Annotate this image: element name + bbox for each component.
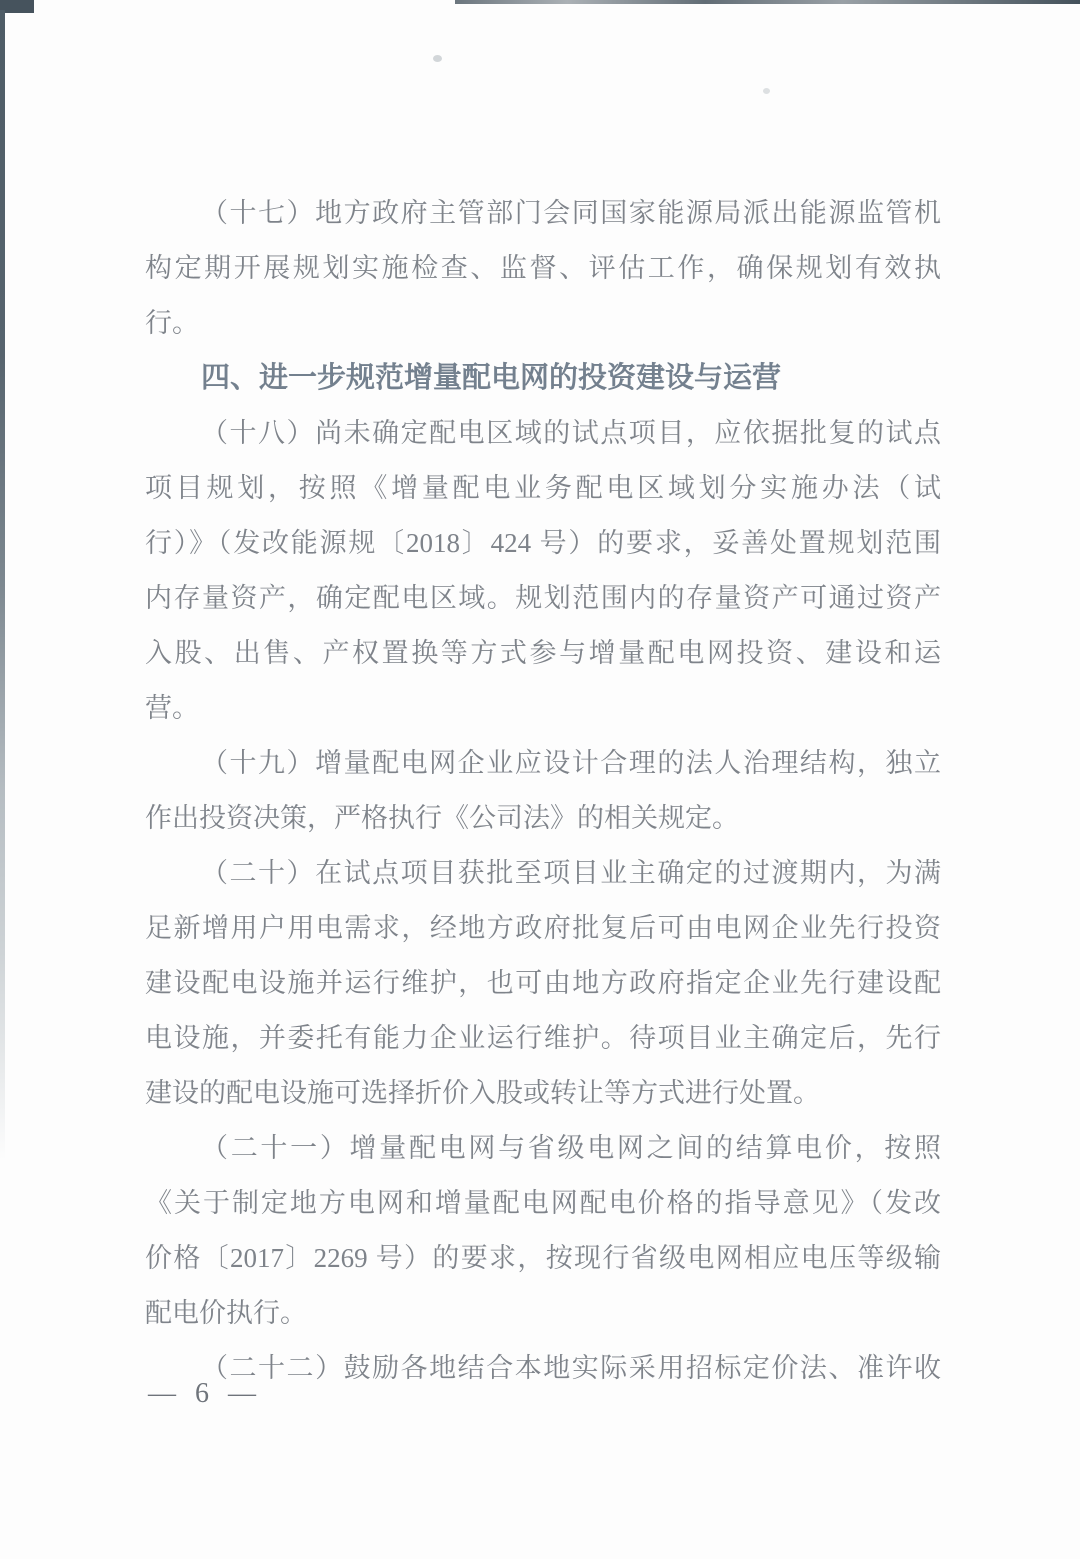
text-line: 建设配电设施并运行维护，也可由地方政府指定企业先行建设配	[145, 956, 941, 1011]
text-line: 建设的配电设施可选择折价入股或转让等方式进行处置。	[145, 1066, 941, 1121]
text-line: 项目规划，按照《增量配电业务配电区域划分实施办法（试	[145, 461, 941, 516]
text-line: 构定期开展规划实施检查、监督、评估工作，确保规划有效执	[145, 241, 941, 296]
text-line: （二十一）增量配电网与省级电网之间的结算电价，按照	[145, 1121, 941, 1176]
text-line: 价格〔2017〕2269 号）的要求，按现行省级电网相应电压等级输	[145, 1231, 941, 1286]
text-line: 入股、出售、产权置换等方式参与增量配电网投资、建设和运	[145, 626, 941, 681]
text-line: （十七）地方政府主管部门会同国家能源局派出能源监管机	[145, 186, 941, 241]
document-body: （十七）地方政府主管部门会同国家能源局派出能源监管机构定期开展规划实施检查、监督…	[145, 186, 941, 1396]
document-page: （十七）地方政府主管部门会同国家能源局派出能源监管机构定期开展规划实施检查、监督…	[0, 0, 1080, 1559]
page-number: — 6 —	[148, 1378, 262, 1410]
text-line: 足新增用户用电需求，经地方政府批复后可由电网企业先行投资	[145, 901, 941, 956]
text-line: （十九）增量配电网企业应设计合理的法人治理结构，独立	[145, 736, 941, 791]
scan-edge-top	[455, 0, 1080, 4]
text-line: 配电价执行。	[145, 1286, 941, 1341]
text-line: 《关于制定地方电网和增量配电网配电价格的指导意见》（发改	[145, 1176, 941, 1231]
text-line: （十八）尚未确定配电区域的试点项目，应依据批复的试点	[145, 406, 941, 461]
text-line: 内存量资产，确定配电区域。规划范围内的存量资产可通过资产	[145, 571, 941, 626]
text-line: 作出投资决策，严格执行《公司法》的相关规定。	[145, 791, 941, 846]
section-heading: 四、进一步规范增量配电网的投资建设与运营	[145, 351, 941, 406]
text-line: 行）》（发改能源规〔2018〕424 号）的要求，妥善处置规划范围	[145, 516, 941, 571]
text-line: （二十二）鼓励各地结合本地实际采用招标定价法、准许收	[145, 1341, 941, 1396]
text-line: 营。	[145, 681, 941, 736]
text-line: （二十）在试点项目获批至项目业主确定的过渡期内，为满	[145, 846, 941, 901]
text-line: 电设施，并委托有能力企业运行维护。待项目业主确定后，先行	[145, 1011, 941, 1066]
scan-speck	[763, 88, 770, 94]
scan-speck	[433, 55, 442, 62]
scan-edge-left	[0, 10, 5, 1160]
text-line: 行。	[145, 296, 941, 351]
scan-corner-top-left	[0, 0, 34, 13]
